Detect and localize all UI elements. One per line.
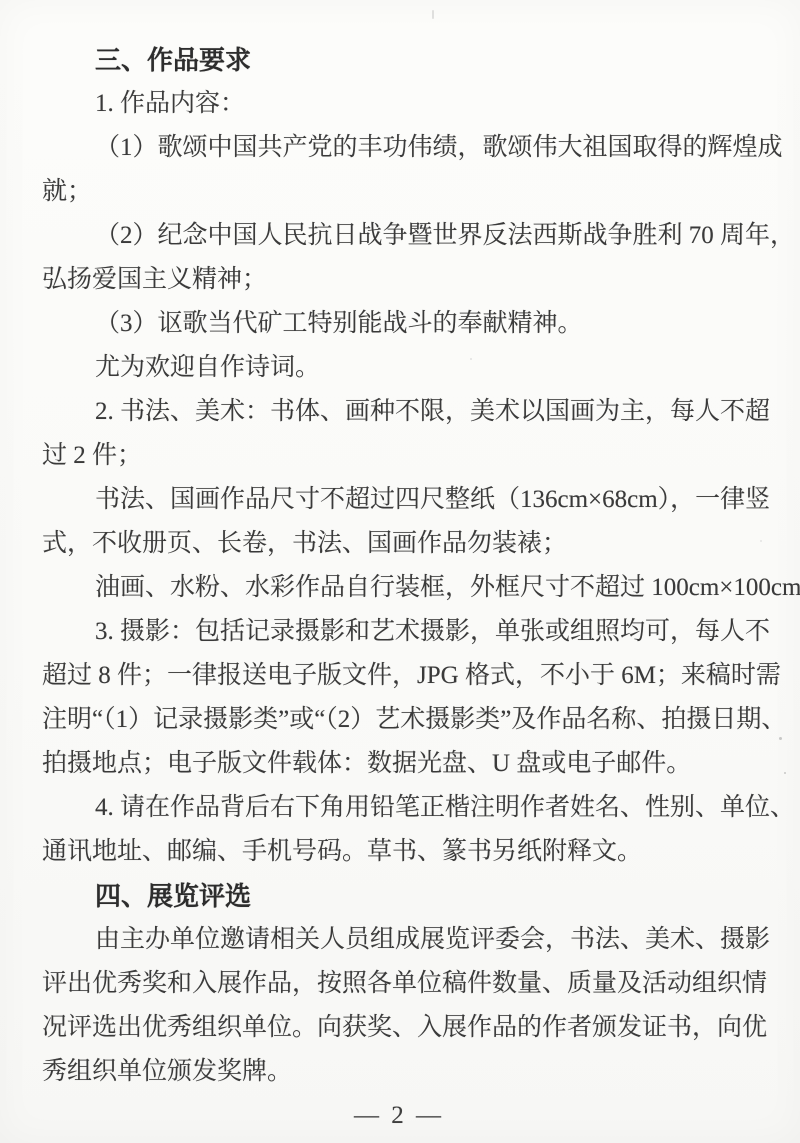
text-line: 过 2 件； xyxy=(42,434,756,478)
text-line: 油画、水粉、水彩作品自行装框，外框尺寸不超过 100cm×100cm。 xyxy=(42,566,756,610)
text-line: 由主办单位邀请相关人员组成展览评委会，书法、美术、摄影 xyxy=(42,918,756,962)
text-line: 就； xyxy=(42,170,756,214)
text-line: 4. 请在作品背后右下角用铅笔正楷注明作者姓名、性别、单位、 xyxy=(42,786,756,830)
text-line: 秀组织单位颁发奖牌。 xyxy=(42,1050,756,1094)
scanned-document-page: 三、作品要求 1. 作品内容： （1）歌颂中国共产党的丰功伟绩，歌颂伟大祖国取得… xyxy=(0,0,800,1143)
text-line: （3）讴歌当代矿工特别能战斗的奉献精神。 xyxy=(42,302,756,346)
scan-speck xyxy=(779,737,782,740)
text-line: 况评选出优秀组织单位。向获奖、入展作品的作者颁发证书，向优 xyxy=(42,1006,756,1050)
text-line: 弘扬爱国主义精神； xyxy=(42,258,756,302)
text-line: （2）纪念中国人民抗日战争暨世界反法西斯战争胜利 70 周年， xyxy=(42,214,756,258)
document-text-block: 三、作品要求 1. 作品内容： （1）歌颂中国共产党的丰功伟绩，歌颂伟大祖国取得… xyxy=(42,38,756,1138)
text-line: 式，不收册页、长卷，书法、国画作品勿装裱； xyxy=(42,522,756,566)
text-line: （1）歌颂中国共产党的丰功伟绩，歌颂伟大祖国取得的辉煌成 xyxy=(42,126,756,170)
text-line: 评出优秀奖和入展作品，按照各单位稿件数量、质量及活动组织情 xyxy=(42,962,756,1006)
scan-speck xyxy=(470,358,472,360)
text-line: 拍摄地点；电子版文件载体：数据光盘、U 盘或电子邮件。 xyxy=(42,742,756,786)
scan-speck xyxy=(760,540,762,542)
scan-speck xyxy=(784,772,786,774)
scan-speck xyxy=(432,10,434,19)
text-line: 书法、国画作品尺寸不超过四尺整纸（136cm×68cm），一律竖 xyxy=(42,478,756,522)
section-heading-exhibition-selection: 四、展览评选 xyxy=(42,874,756,918)
page-number: — 2 — xyxy=(42,1094,756,1138)
text-line: 1. 作品内容： xyxy=(42,82,756,126)
text-line: 超过 8 件；一律报送电子版文件，JPG 格式，不小于 6M；来稿时需 xyxy=(42,654,756,698)
section-heading-works-requirements: 三、作品要求 xyxy=(42,38,756,82)
text-line: 尤为欢迎自作诗词。 xyxy=(42,346,756,390)
text-line: 2. 书法、美术：书体、画种不限，美术以国画为主，每人不超 xyxy=(42,390,756,434)
text-line: 3. 摄影：包括记录摄影和艺术摄影，单张或组照均可，每人不 xyxy=(42,610,756,654)
text-line: 通讯地址、邮编、手机号码。草书、篆书另纸附释文。 xyxy=(42,830,756,874)
text-line: 注明“（1）记录摄影类”或“（2）艺术摄影类”及作品名称、拍摄日期、 xyxy=(42,698,756,742)
